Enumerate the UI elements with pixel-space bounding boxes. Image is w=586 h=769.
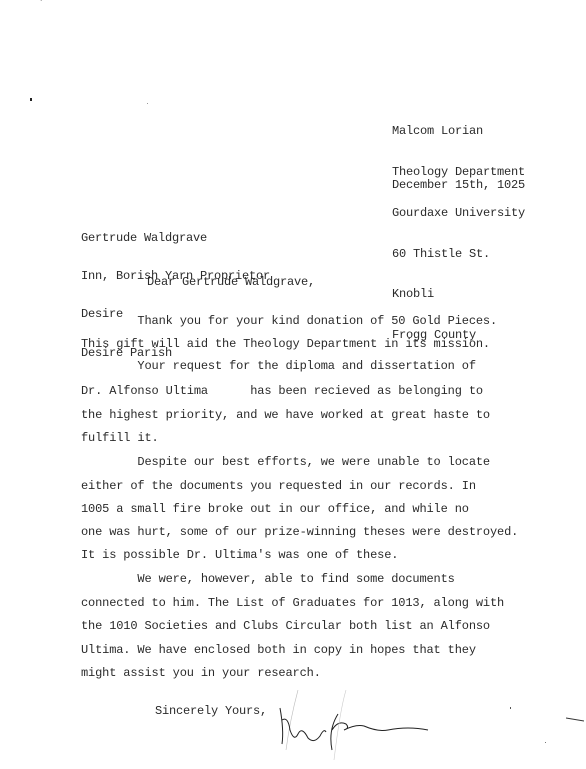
margin-dash-icon [566, 717, 584, 723]
body-line: fulfill it. [81, 431, 159, 445]
speck-mark [545, 742, 546, 743]
body-line: connected to him. The List of Graduates … [81, 596, 504, 610]
body-line: We were, however, able to find some docu… [81, 572, 455, 586]
recipient-name: Gertrude Waldgrave [81, 232, 270, 245]
speck-mark [30, 98, 32, 101]
body-line: might assist you in your research. [81, 666, 321, 680]
body-line: Thank you for your kind donation of 50 G… [81, 314, 497, 328]
body-line: the highest priority, and we have worked… [81, 408, 490, 422]
body-line: either of the documents you requested in… [81, 479, 476, 493]
closing: Sincerely Yours, [155, 704, 267, 718]
body-line: Your request for the diploma and dissert… [81, 359, 476, 373]
body-line: Despite our best efforts, we were unable… [81, 455, 490, 469]
speck-mark [510, 707, 511, 709]
body-line: one was hurt, some of our prize-winning … [81, 525, 518, 539]
letter-date: December 15th, 1025 [392, 178, 525, 192]
corner-scribble-icon [30, 0, 70, 6]
sender-address-block: Malcom Lorian Theology Department Gourda… [392, 98, 525, 370]
body-line: Dr. Alfonso Ultima has been recieved as … [81, 384, 483, 398]
sender-name: Malcom Lorian [392, 125, 525, 139]
speck-mark [147, 103, 148, 104]
body-line: It is possible Dr. Ultima's was one of t… [81, 548, 398, 562]
salutation: Dear Gertrude Waldgrave, [147, 275, 315, 289]
sender-street: 60 Thistle St. [392, 248, 525, 262]
sender-institution: Gourdaxe University [392, 207, 525, 221]
signature-icon [268, 690, 468, 760]
letter-page: Malcom Lorian Theology Department Gourda… [0, 0, 586, 769]
sender-town: Knobli [392, 288, 525, 302]
body-line: Ultima. We have enclosed both in copy in… [81, 643, 476, 657]
body-line: the 1010 Societies and Clubs Circular bo… [81, 619, 490, 633]
body-line: 1005 a small fire broke out in our offic… [81, 502, 469, 516]
body-line: This gift will aid the Theology Departme… [81, 337, 490, 351]
